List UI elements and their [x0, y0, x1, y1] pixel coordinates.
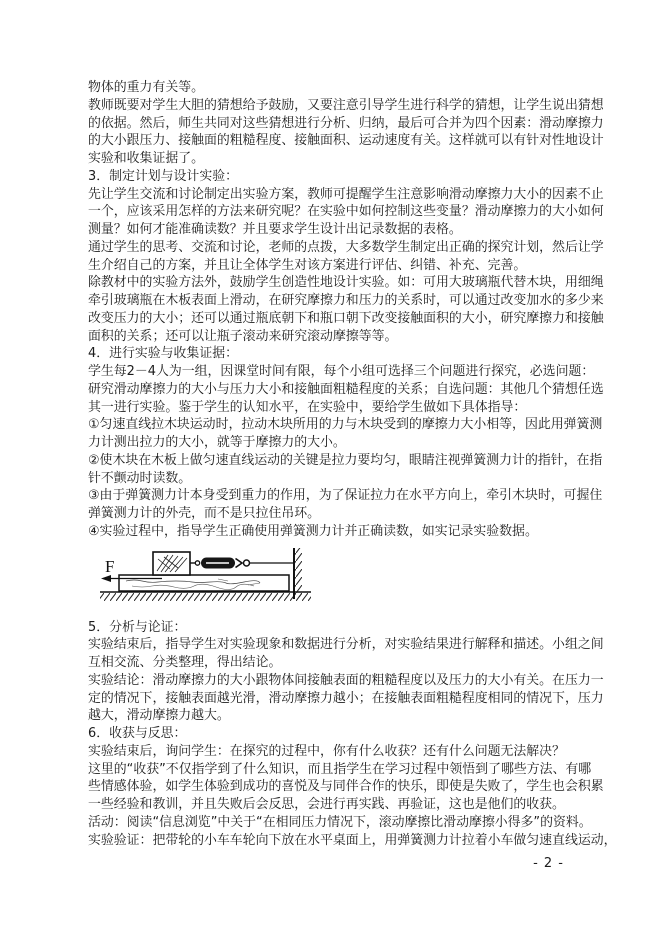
text-line: 教师既要对学生大胆的猜想给予鼓励，又要注意引导学生进行科学的猜想，让学生说出猜想 [88, 97, 588, 115]
text-line: ②使木块在木板上做匀速直线运动的关键是拉力要均匀，眼睛注视弹簧测力计的指针，在指 [88, 452, 588, 470]
text-line: ①匀速直线拉木块运动时，拉动木块所用的力与木块受到的摩擦力大小相等，因此用弹簧测 [88, 416, 588, 434]
spring-scale [190, 557, 250, 568]
text-line: 活动：阅读“信息浏览”中关于“在相同压力情况下，滚动摩擦比滑动摩擦小得多”的资料… [88, 814, 588, 832]
text-line: 面积的关系；还可以让瓶子滚动来研究滚动摩擦等等。 [88, 328, 588, 346]
text-line: 通过学生的思考、交流和讨论，老师的点拨，大多数学生制定出正确的探究计划，然后让学 [88, 239, 588, 257]
text-line: ④实验过程中，指导学生正确使用弹簧测力计并正确读数，如实记录实验数据。 [88, 523, 588, 541]
wall [294, 548, 302, 599]
text-line: 越大，滑动摩擦力越大。 [88, 707, 588, 725]
text-line: 5．分析与论证： [88, 619, 588, 637]
text-line: 先让学生交流和讨论制定出实验方案，教师可提醒学生注意影响滑动摩擦力大小的因素不止 [88, 186, 588, 204]
text-line: 一个，应该采用怎样的方法来研究呢？在实验中如何控制这些变量？滑动摩擦力的大小如何 [88, 203, 588, 221]
page-number: - 2 - [533, 856, 564, 871]
text-line: 实验结束后，指导学生对实验现象和数据进行分析，对实验结果进行解释和描述。小组之间 [88, 636, 588, 654]
text-line: 实验和收集证据了。 [88, 150, 588, 168]
ground [100, 592, 311, 601]
text-line: 定的情况下，接触表面越光滑，滑动摩擦力越小；在接触表面粗糙程度相同的情况下，压力 [88, 690, 588, 708]
text-line: 力计测出拉力的大小，就等于摩擦力的大小。 [88, 434, 588, 452]
text-line: 研究滑动摩擦力的大小与压力大小和接触面粗糙程度的关系；自选问题：其他几个猜想任选 [88, 381, 588, 399]
wood-block [153, 552, 190, 575]
text-line: 互相交流、分类整理，得出结论。 [88, 654, 588, 672]
text-line: 一些经验和教训，并且失败后会反思，会进行再实践、再验证，这也是他们的收获。 [88, 796, 588, 814]
text-line: 牵引玻璃瓶在木板表面上滑动，在研究摩擦力和压力的关系时，可以通过改变加水的多少来 [88, 292, 588, 310]
text-line: 除教材中的实验方法外，鼓励学生创造性地设计实验。如：可用大玻璃瓶代替木块，用细绳 [88, 274, 588, 292]
experiment-figure: F [98, 545, 320, 605]
text-line: 6．收获与反思： [88, 725, 588, 743]
wooden-board [119, 575, 289, 591]
text-line: 的大小跟压力、接触面的粗糙程度、接触面积、运动速度有关。这样就可以有针对性地设计 [88, 132, 588, 150]
document-body: 物体的重力有关等。 教师既要对学生大胆的猜想给予鼓励，又要注意引导学生进行科学的… [88, 79, 588, 849]
paragraphs-after-figure: 5．分析与论证： 实验结束后，指导学生对实验现象和数据进行分析，对实验结果进行解… [88, 619, 588, 850]
text-line: 测量？如何才能准确读数？并且要求学生设计出记录数据的表格。 [88, 221, 588, 239]
text-line: 3．制定计划与设计实验： [88, 168, 588, 186]
document-page: 物体的重力有关等。 教师既要对学生大胆的猜想给予鼓励，又要注意引导学生进行科学的… [0, 0, 661, 935]
text-line: 些情感体验，如学生体验到成功的喜悦及与同伴合作的快乐，即使是失败了，学生也会积累 [88, 778, 588, 796]
text-line: 针不颤动时读数。 [88, 470, 588, 488]
text-line: 物体的重力有关等。 [88, 79, 588, 97]
text-line: 学生每2－4人为一组，因课堂时间有限，每个小组可选择三个问题进行探究，必选问题： [88, 363, 588, 381]
paragraphs-before-figure: 物体的重力有关等。 教师既要对学生大胆的猜想给予鼓励，又要注意引导学生进行科学的… [88, 79, 588, 541]
text-line: ③由于弹簧测力计本身受到重力的作用，为了保证拉力在水平方向上，牵引木块时，可握住 [88, 487, 588, 505]
text-line: 改变压力的大小；还可以通过瓶底朝下和瓶口朝下改变接触面积的大小，研究摩擦力和接触 [88, 310, 588, 328]
text-line: 的依据。然后，师生共同对这些猜想进行分析、归纳，最后可合并为四个因素：滑动摩擦力 [88, 115, 588, 133]
force-label: F [105, 557, 114, 576]
text-line: 其一进行实验。鉴于学生的认知水平，在实验中，要给学生做如下具体指导： [88, 399, 588, 417]
text-line: 实验结束后，询问学生：在探究的过程中，你有什么收获？还有什么问题无法解决？ [88, 743, 588, 761]
text-line: 这里的“收获”不仅指学到了什么知识，而且指学生在学习过程中领悟到了哪些方法、有哪 [88, 761, 588, 779]
text-line: 生介绍自己的方案，并且让全体学生对该方案进行评估、纠错、补充、完善。 [88, 257, 588, 275]
text-line: 弹簧测力计的外壳，而不是只拉住吊环。 [88, 505, 588, 523]
text-line: 实验结论：滑动摩擦力的大小跟物体间接触表面的粗糙程度以及压力的大小有关。在压力一 [88, 672, 588, 690]
text-line: 4．进行实验与收集证据： [88, 345, 588, 363]
text-line: 实验验证：把带轮的小车车轮向下放在水平桌面上，用弹簧测力计拉着小车做匀速直线运动… [88, 832, 588, 850]
